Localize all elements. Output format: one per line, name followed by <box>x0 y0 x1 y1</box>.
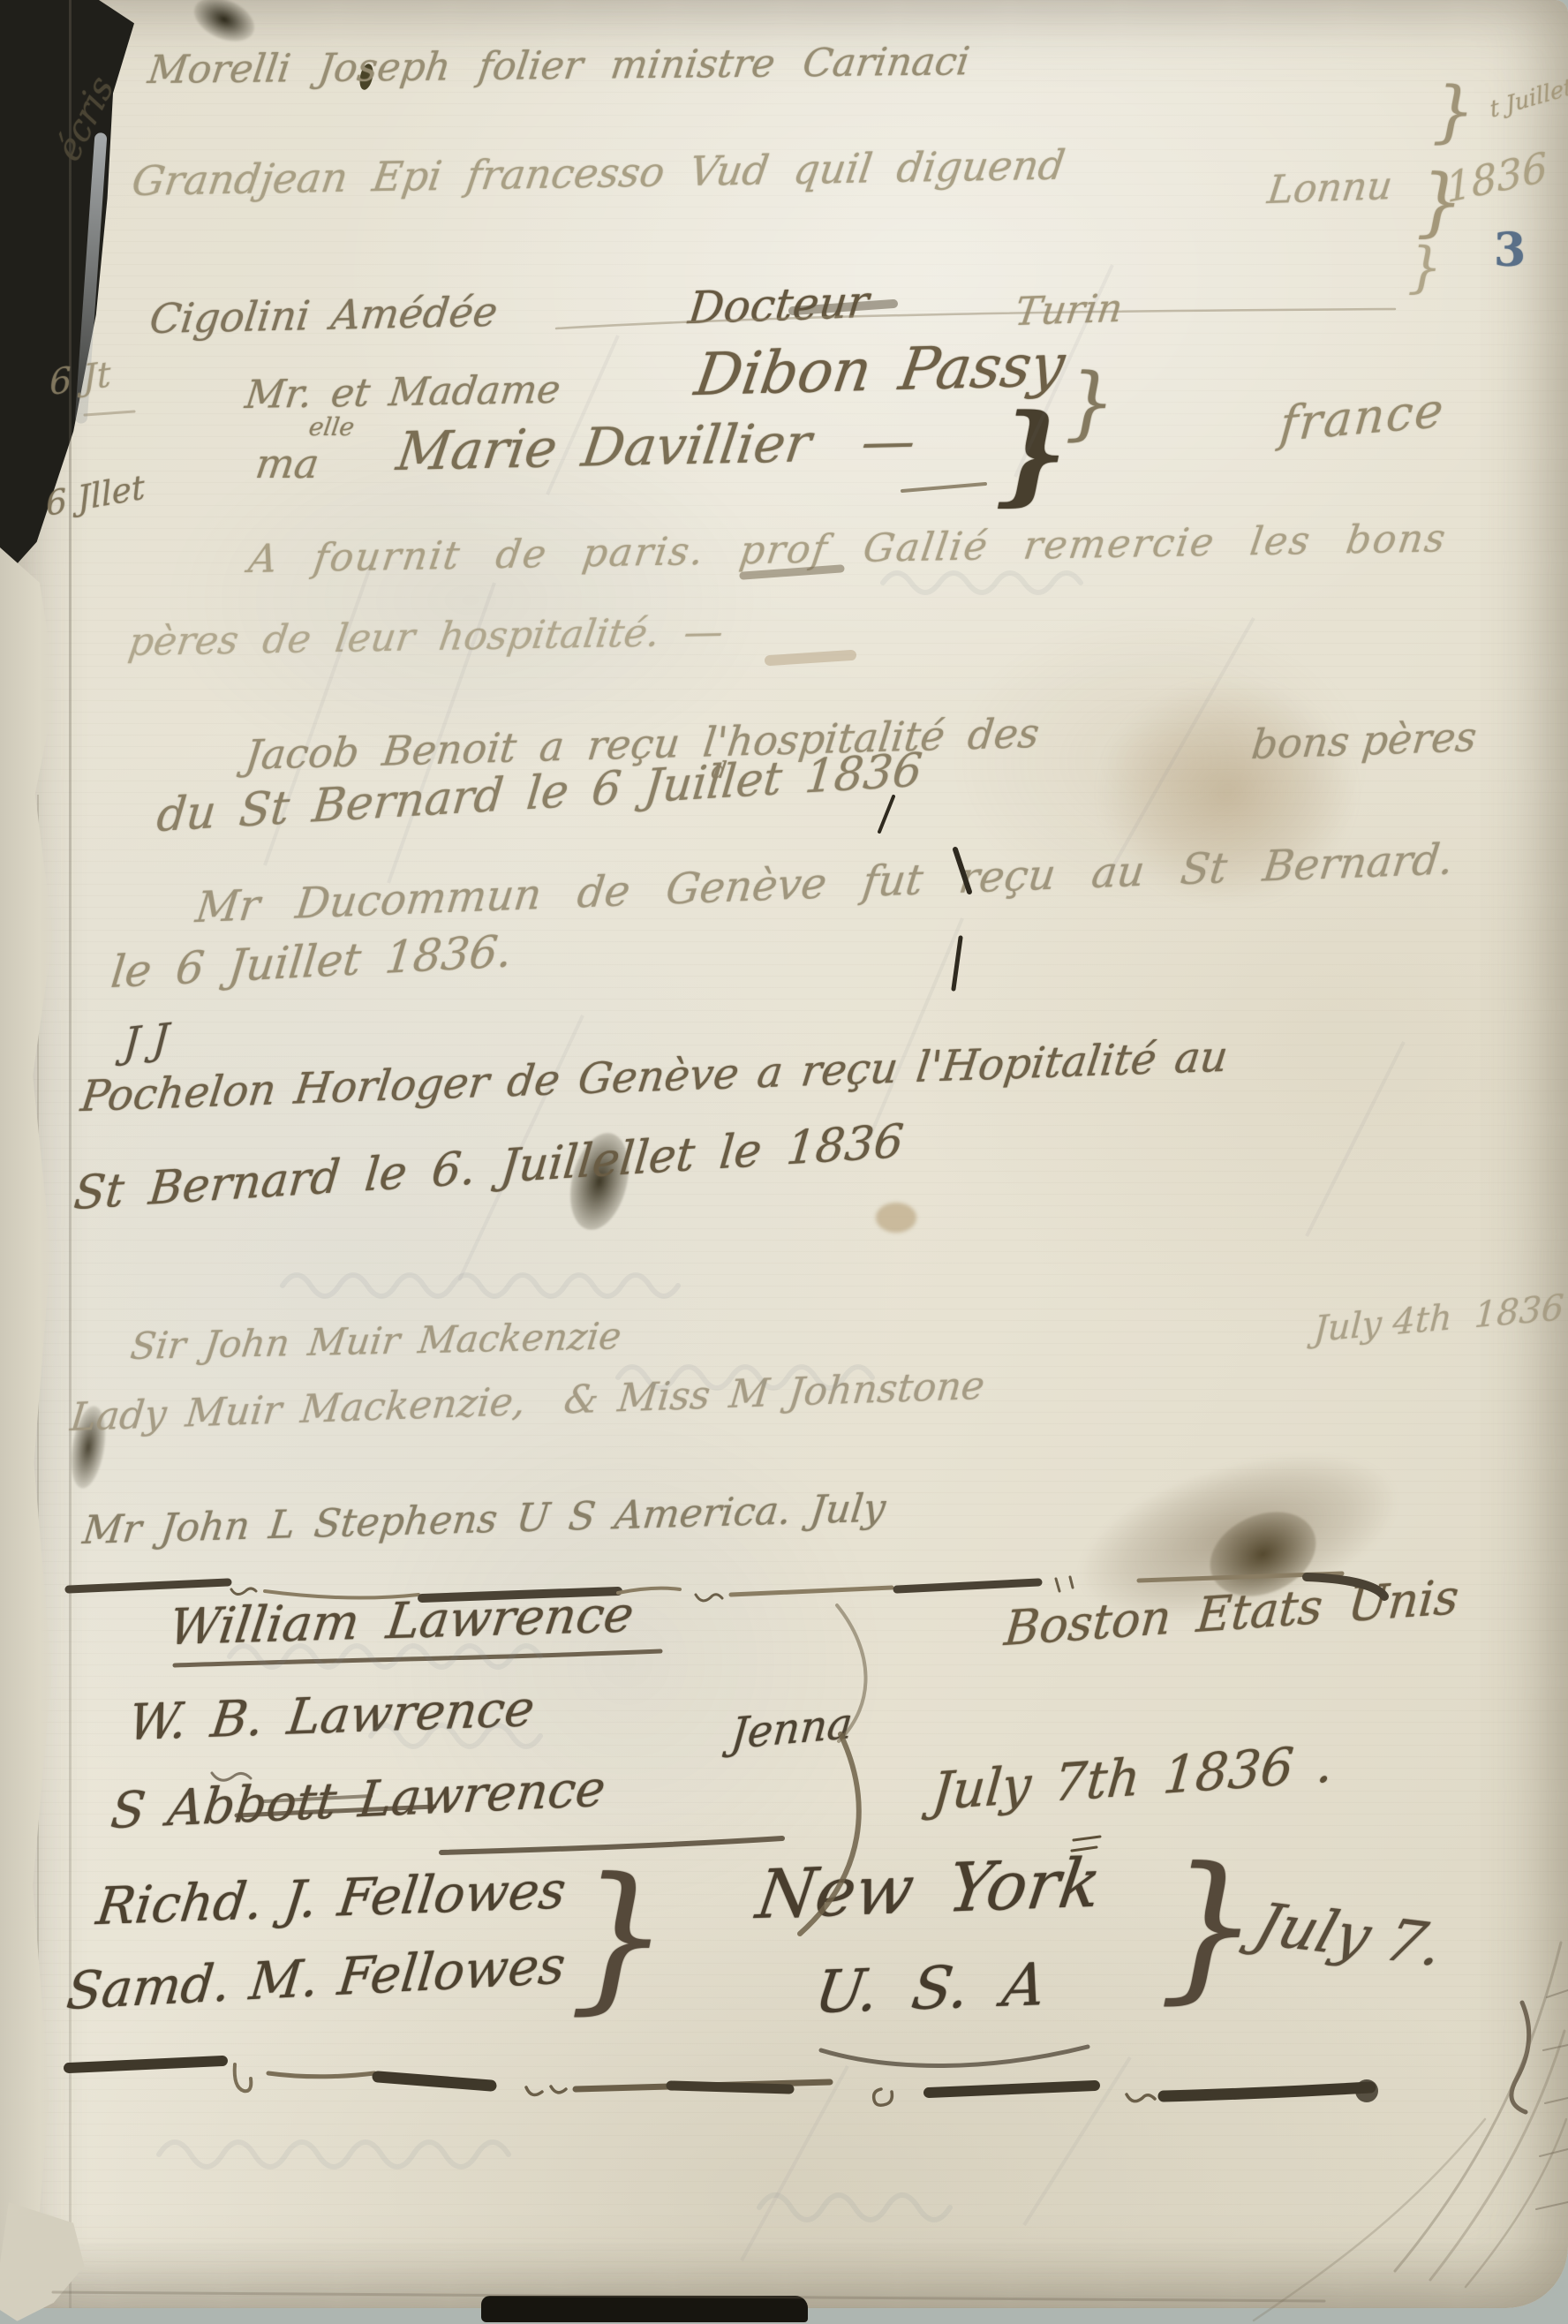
brace-top-2: } <box>1416 164 1463 238</box>
entry-davillier-elle-sup: elle <box>307 415 356 440</box>
brace-newyork: } <box>1158 1847 1260 2006</box>
entry-cigolini: Cigolini Amédée <box>147 291 500 339</box>
brace-fellowes: } <box>569 1858 670 2017</box>
entry-pochelon-initials: J J <box>122 1017 170 1063</box>
entry-cigolini-turin: Turin <box>1013 290 1125 332</box>
page-number: 3 <box>1494 228 1526 274</box>
entry-william-lawrence: William Lawrence <box>166 1590 637 1653</box>
entry-cigolini-docteur: Docteur <box>686 280 871 330</box>
entry-davillier-ma: ma <box>253 443 322 484</box>
entry-morelli: Morelli Joseph folier ministre Carinaci <box>146 42 972 90</box>
brace-top-1: } <box>1432 78 1474 145</box>
entry-dibon-title: Mr. et Madame <box>243 371 562 415</box>
entry-fellowes-country: U. S. A <box>811 1956 1049 2022</box>
scanned-register-page: écris Morelli Joseph folier ministre Car… <box>0 0 1568 2324</box>
entry-jenna: Jenna <box>729 1702 855 1756</box>
entry-davillier-name: Marie Davillier — <box>394 415 919 479</box>
brace-top-3: } <box>1407 240 1442 295</box>
entry-fourni-line2: pères de leur hospitalité. — <box>126 613 726 662</box>
entry-mackenzie: Sir John Muir Mackenzie <box>128 1317 622 1365</box>
entry-grandjean-end: Lonnu <box>1265 167 1394 210</box>
entry-dibon-country: france <box>1278 386 1447 449</box>
entry-wb-lawrence: W. B. Lawrence <box>126 1685 538 1748</box>
entry-rich-fellowes: Richd. J. Fellowes <box>94 1864 569 1932</box>
entry-fellowes-city: New York <box>753 1849 1105 1928</box>
brace-dibon-light: } <box>1065 364 1115 443</box>
entry-benoit-end: bons pères <box>1250 716 1479 765</box>
margin-date-6jt: 6 Jt <box>49 357 111 401</box>
brace-davillier-heavy: } <box>998 399 1067 507</box>
